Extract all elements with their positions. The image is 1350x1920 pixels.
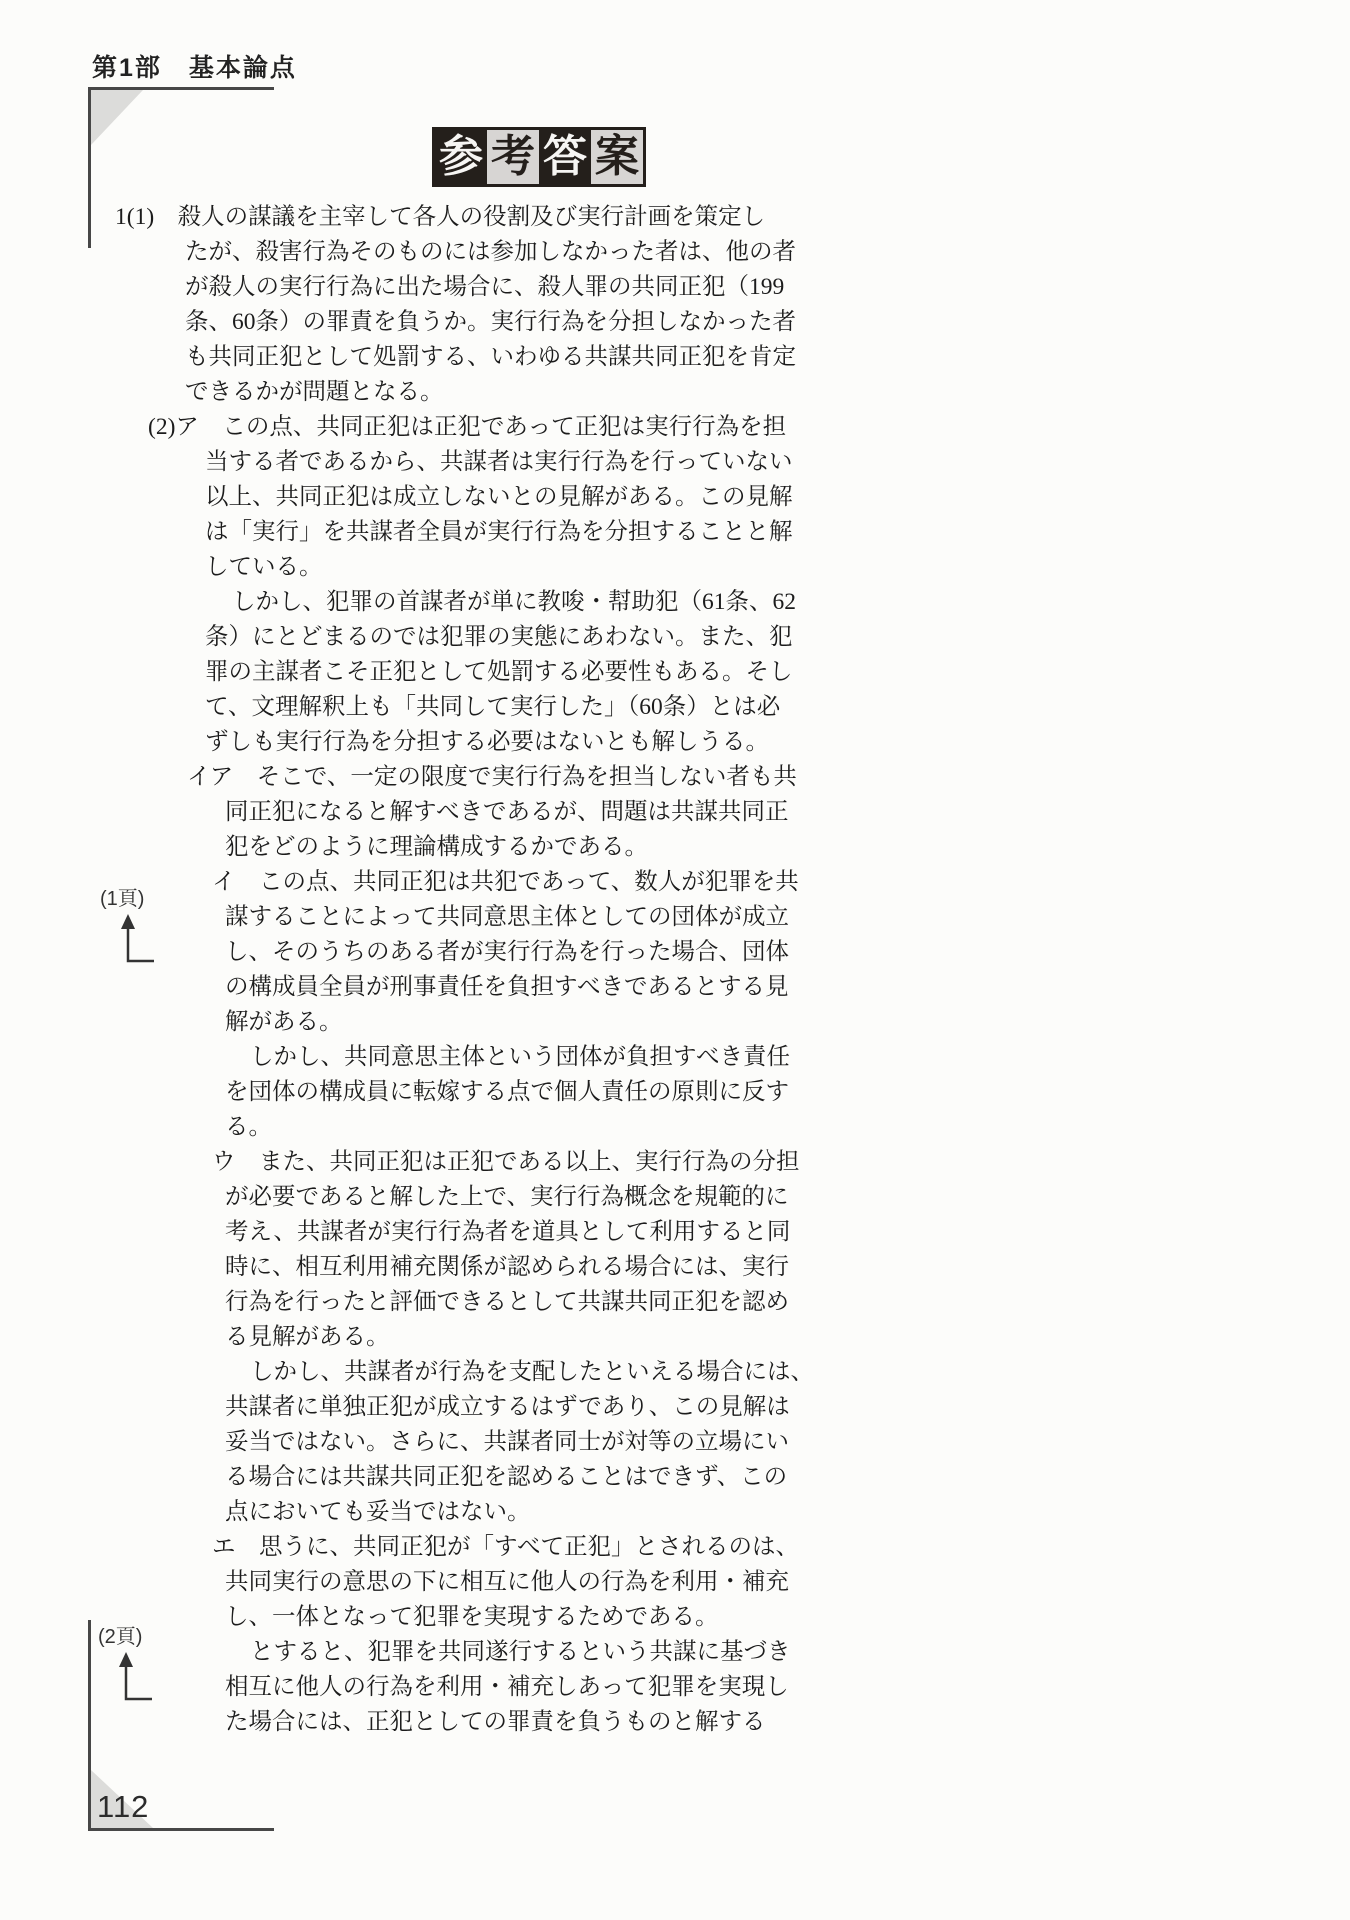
text-line: も共同正犯として処罰する、いわゆる共謀共同正犯を肯定: [0, 340, 860, 375]
text-line: (2)ア この点、共同正犯は正犯であって正犯は実行行為を担: [0, 410, 860, 445]
title-char: 参: [435, 130, 487, 184]
text-line: が必要であると解した上で、実行行為概念を規範的に: [0, 1180, 860, 1215]
page-number: 112: [97, 1789, 149, 1825]
text-line: 以上、共同正犯は成立しないとの見解がある。この見解: [0, 480, 860, 515]
text-line: 共謀者に単独正犯が成立するはずであり、この見解は: [0, 1390, 860, 1425]
text-line: 犯をどのように理論構成するかである。: [0, 830, 860, 865]
margin-note-label: (1頁): [100, 888, 144, 910]
body-text: 1(1) 殺人の謀議を主宰して各人の役割及び実行計画を策定したが、殺害行為そのも…: [0, 200, 860, 1740]
section-title: 参考答案: [432, 127, 646, 187]
text-line: している。: [0, 550, 860, 585]
corner-triangle-top: [91, 90, 151, 150]
text-line: た場合には、正犯としての罪責を負うものと解する: [0, 1705, 860, 1740]
margin-note-page2: (2頁): [98, 1620, 158, 1707]
text-line: る見解がある。: [0, 1320, 860, 1355]
text-line: 行為を行ったと評価できるとして共謀共同正犯を認め: [0, 1285, 860, 1320]
text-line: しかし、犯罪の首謀者が単に教唆・幇助犯（61条、62: [0, 585, 860, 620]
text-line: は「実行」を共謀者全員が実行行為を分担することと解: [0, 515, 860, 550]
text-line: て、文理解釈上も「共同して実行した」（60条）とは必: [0, 690, 860, 725]
text-line: が殺人の実行行為に出た場合に、殺人罪の共同正犯（199: [0, 270, 860, 305]
text-line: エ 思うに、共同正犯が「すべて正犯」とされるのは、: [0, 1530, 860, 1565]
text-line: 考え、共謀者が実行行為者を道具として利用すると同: [0, 1215, 860, 1250]
text-line: 罪の主謀者こそ正犯として処罰する必要性もある。そし: [0, 655, 860, 690]
page-ref-arrow-icon: [100, 913, 160, 969]
text-line: 共同実行の意思の下に相互に他人の行為を利用・補充: [0, 1565, 860, 1600]
margin-note-page1: (1頁): [100, 882, 160, 969]
text-line: 1(1) 殺人の謀議を主宰して各人の役割及び実行計画を策定し: [0, 200, 860, 235]
text-line: 条、60条）の罪責を負うか。実行行為を分担しなかった者: [0, 305, 860, 340]
footer-rule: [88, 1828, 274, 1831]
text-line: イア そこで、一定の限度で実行行為を担当しない者も共: [0, 760, 860, 795]
margin-note-label: (2頁): [98, 1626, 142, 1648]
title-char: 考: [487, 130, 539, 184]
text-line: しかし、共謀者が行為を支配したといえる場合には、: [0, 1355, 860, 1390]
text-line: 同正犯になると解すべきであるが、問題は共謀共同正: [0, 795, 860, 830]
text-line: しかし、共同意思主体という団体が負担すべき責任: [0, 1040, 860, 1075]
text-line: ウ また、共同正犯は正犯である以上、実行行為の分担: [0, 1145, 860, 1180]
book-page: 第1部 基本論点 参考答案 1(1) 殺人の謀議を主宰して各人の役割及び実行計画…: [0, 0, 1350, 1920]
text-line: ずしも実行行為を分担する必要はないとも解しうる。: [0, 725, 860, 760]
text-line: たが、殺害行為そのものには参加しなかった者は、他の者: [0, 235, 860, 270]
chapter-header: 第1部 基本論点: [92, 48, 297, 84]
page-ref-arrow-icon: [98, 1651, 158, 1707]
text-line: 条）にとどまるのでは犯罪の実態にあわない。また、犯: [0, 620, 860, 655]
title-char: 案: [591, 130, 643, 184]
text-line: 時に、相互利用補充関係が認められる場合には、実行: [0, 1250, 860, 1285]
text-line: る。: [0, 1110, 860, 1145]
text-line: る場合には共謀共同正犯を認めることはできず、この: [0, 1460, 860, 1495]
text-line: を団体の構成員に転嫁する点で個人責任の原則に反す: [0, 1075, 860, 1110]
text-line: の構成員全員が刑事責任を負担すべきであるとする見: [0, 970, 860, 1005]
title-char: 答: [539, 130, 591, 184]
text-line: できるかが問題となる。: [0, 375, 860, 410]
text-line: 妥当ではない。さらに、共謀者同士が対等の立場にい: [0, 1425, 860, 1460]
text-line: 当する者であるから、共謀者は実行行為を行っていない: [0, 445, 860, 480]
text-line: 点においても妥当ではない。: [0, 1495, 860, 1530]
text-line: 解がある。: [0, 1005, 860, 1040]
